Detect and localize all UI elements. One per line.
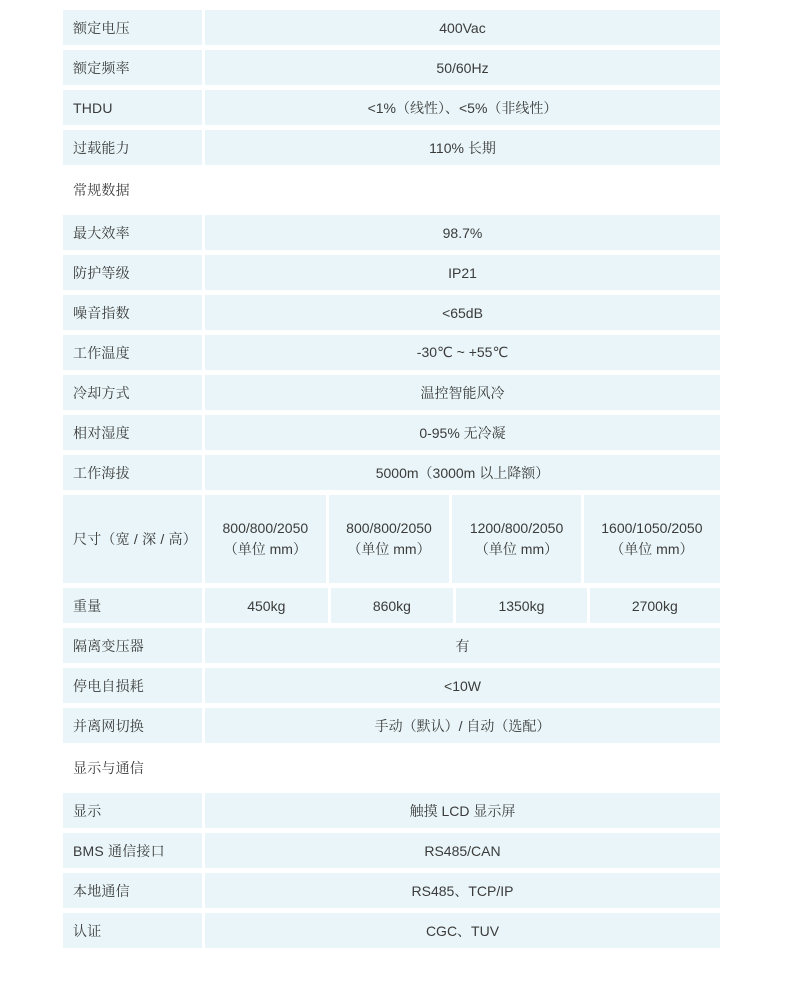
- row-label: 额定频率: [63, 50, 202, 85]
- table-row: 额定频率 50/60Hz: [63, 50, 720, 85]
- row-value: 400Vac: [205, 10, 720, 45]
- row-label: 认证: [63, 913, 202, 948]
- row-value: -30℃ ~ +55℃: [205, 335, 720, 370]
- row-value: 有: [205, 628, 720, 663]
- table-row: 冷却方式 温控智能风冷: [63, 375, 720, 410]
- row-label: BMS 通信接口: [63, 833, 202, 868]
- row-value: 110% 长期: [205, 130, 720, 165]
- table-row: 本地通信 RS485、TCP/IP: [63, 873, 720, 908]
- row-label: 额定电压: [63, 10, 202, 45]
- table-row: 相对湿度 0-95% 无冷凝: [63, 415, 720, 450]
- section-header: 常规数据: [63, 170, 720, 210]
- row-value: RS485、TCP/IP: [205, 873, 720, 908]
- row-label: 重量: [63, 588, 202, 623]
- row-label: 尺寸（宽 / 深 / 高）: [63, 495, 202, 583]
- table-row: BMS 通信接口 RS485/CAN: [63, 833, 720, 868]
- row-label: 最大效率: [63, 215, 202, 250]
- dimension-size: 1200/800/2050: [470, 518, 563, 539]
- section-header: 显示与通信: [63, 748, 720, 788]
- row-value: <65dB: [205, 295, 720, 330]
- table-row-dimensions: 尺寸（宽 / 深 / 高） 800/800/2050 （单位 mm） 800/8…: [63, 495, 720, 583]
- row-label: 防护等级: [63, 255, 202, 290]
- row-value-weight-2: 860kg: [331, 588, 454, 623]
- table-row: 工作温度 -30℃ ~ +55℃: [63, 335, 720, 370]
- table-row: 隔离变压器 有: [63, 628, 720, 663]
- dimension-unit: （单位 mm）: [346, 539, 432, 560]
- row-label: 并离网切换: [63, 708, 202, 743]
- row-value-dimension-1: 800/800/2050 （单位 mm）: [205, 495, 326, 583]
- table-row: 防护等级 IP21: [63, 255, 720, 290]
- table-row: 停电自损耗 <10W: [63, 668, 720, 703]
- row-label: 过载能力: [63, 130, 202, 165]
- row-label: 本地通信: [63, 873, 202, 908]
- row-value-weight-1: 450kg: [205, 588, 328, 623]
- row-value: <10W: [205, 668, 720, 703]
- row-label: 工作海拔: [63, 455, 202, 490]
- dimension-size: 800/800/2050: [346, 518, 432, 539]
- spec-table: 额定电压 400Vac 额定频率 50/60Hz THDU <1%（线性）、<5…: [63, 10, 720, 953]
- row-value: RS485/CAN: [205, 833, 720, 868]
- row-value: IP21: [205, 255, 720, 290]
- row-label: 工作温度: [63, 335, 202, 370]
- row-value: 50/60Hz: [205, 50, 720, 85]
- row-label: 显示: [63, 793, 202, 828]
- row-value: 手动（默认）/ 自动（选配）: [205, 708, 720, 743]
- row-value: CGC、TUV: [205, 913, 720, 948]
- table-row-weight: 重量 450kg 860kg 1350kg 2700kg: [63, 588, 720, 623]
- row-label: 相对湿度: [63, 415, 202, 450]
- table-row: 工作海拔 5000m（3000m 以上降额）: [63, 455, 720, 490]
- row-value-weight-3: 1350kg: [456, 588, 586, 623]
- row-label: THDU: [63, 90, 202, 125]
- row-value-weight-4: 2700kg: [590, 588, 720, 623]
- row-label: 隔离变压器: [63, 628, 202, 663]
- table-row: 最大效率 98.7%: [63, 215, 720, 250]
- row-value: 5000m（3000m 以上降额）: [205, 455, 720, 490]
- dimension-size: 800/800/2050: [223, 518, 309, 539]
- row-label: 噪音指数: [63, 295, 202, 330]
- dimension-unit: （单位 mm）: [601, 539, 702, 560]
- row-value: 触摸 LCD 显示屏: [205, 793, 720, 828]
- dimension-size: 1600/1050/2050: [601, 518, 702, 539]
- row-value: 98.7%: [205, 215, 720, 250]
- row-value-dimension-3: 1200/800/2050 （单位 mm）: [452, 495, 580, 583]
- table-row: 显示 触摸 LCD 显示屏: [63, 793, 720, 828]
- table-row: 过载能力 110% 长期: [63, 130, 720, 165]
- table-row: THDU <1%（线性）、<5%（非线性）: [63, 90, 720, 125]
- dimension-unit: （单位 mm）: [470, 539, 563, 560]
- dimension-unit: （单位 mm）: [223, 539, 309, 560]
- table-row: 噪音指数 <65dB: [63, 295, 720, 330]
- row-label: 停电自损耗: [63, 668, 202, 703]
- table-row: 认证 CGC、TUV: [63, 913, 720, 948]
- row-value: <1%（线性）、<5%（非线性）: [205, 90, 720, 125]
- row-value-dimension-2: 800/800/2050 （单位 mm）: [329, 495, 450, 583]
- row-value: 0-95% 无冷凝: [205, 415, 720, 450]
- row-label: 冷却方式: [63, 375, 202, 410]
- table-row: 并离网切换 手动（默认）/ 自动（选配）: [63, 708, 720, 743]
- row-value-dimension-4: 1600/1050/2050 （单位 mm）: [584, 495, 720, 583]
- row-value: 温控智能风冷: [205, 375, 720, 410]
- table-row: 额定电压 400Vac: [63, 10, 720, 45]
